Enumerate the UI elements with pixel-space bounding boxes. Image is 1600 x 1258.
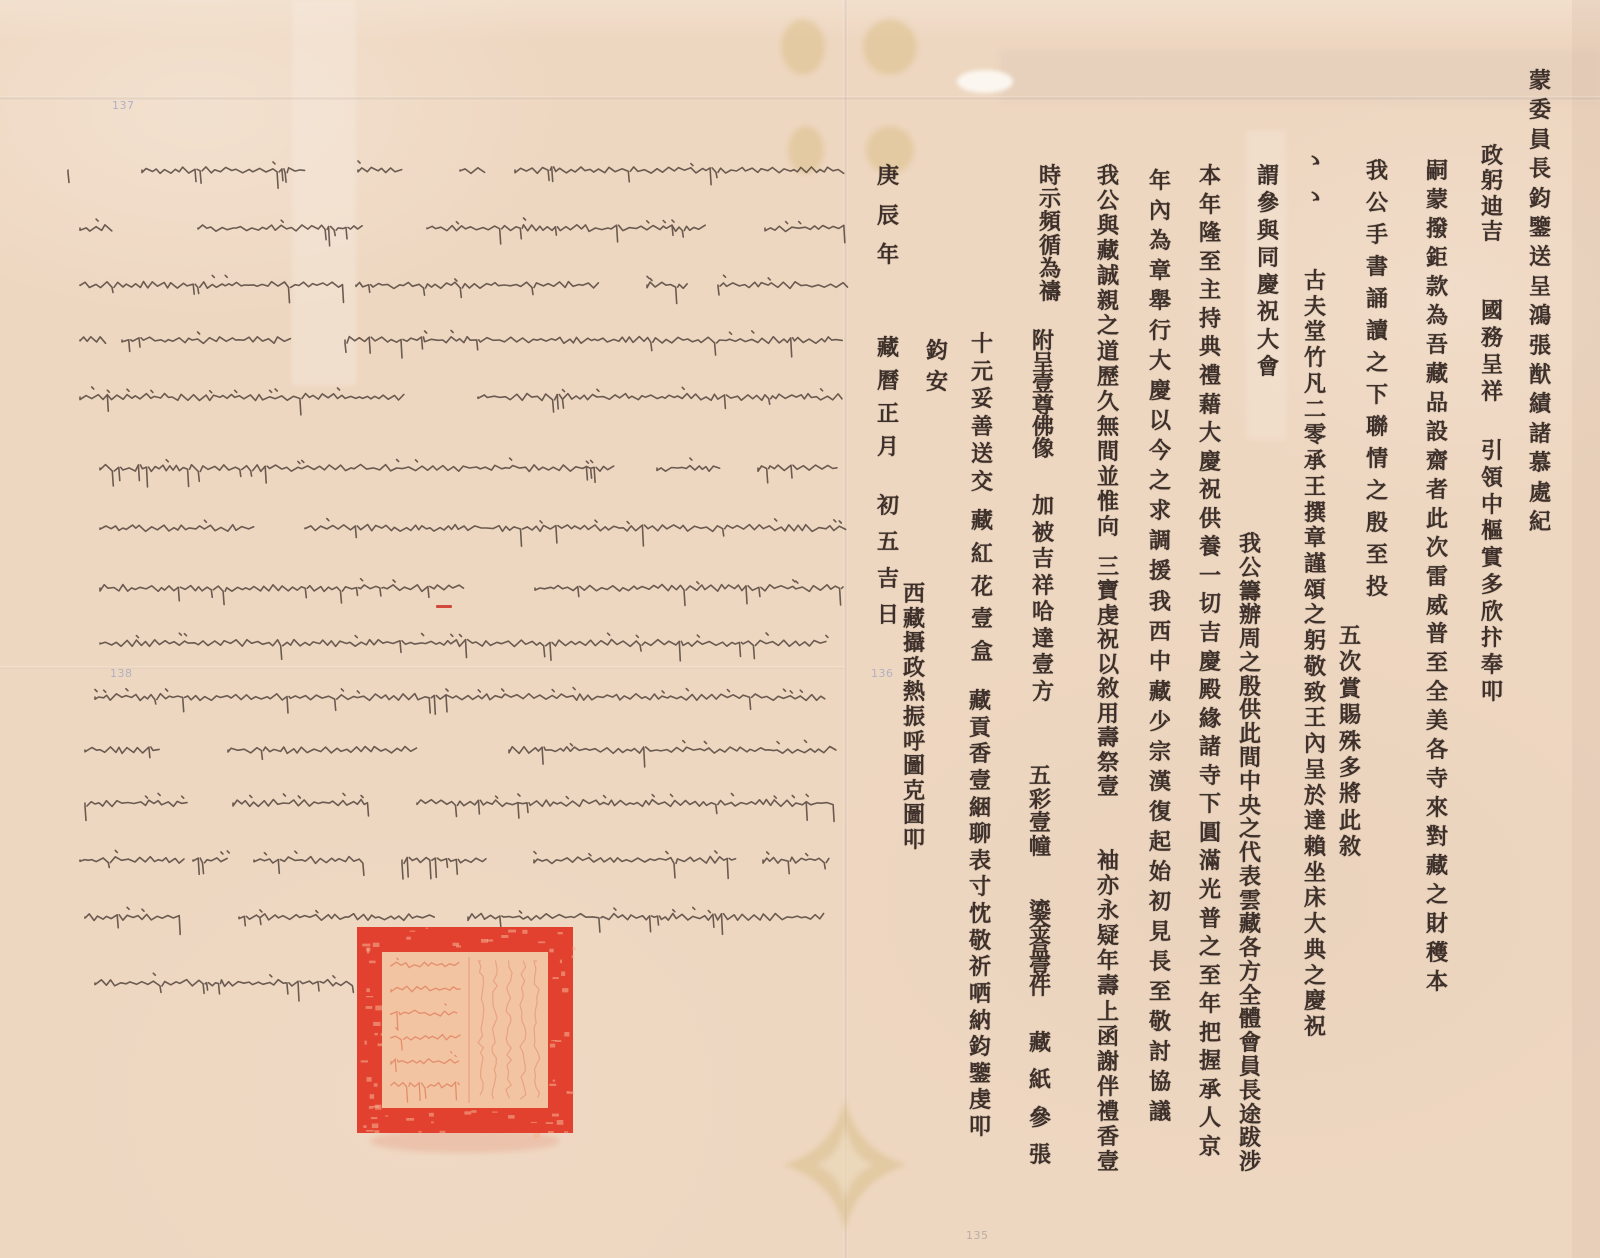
- chinese-character: 承: [1303, 450, 1327, 474]
- chinese-character: 之: [1238, 652, 1262, 676]
- chinese-character: 漢: [1148, 771, 1172, 795]
- chinese-character: 蒙: [1528, 70, 1552, 94]
- chinese-column-5: 古夫堂竹凡二零承王撰章謹頌之躬敬致王內呈於達賴坐床大典之慶祝: [1303, 270, 1327, 1040]
- tibetan-script-line: [80, 850, 829, 879]
- chinese-character: 途: [1238, 1104, 1262, 1128]
- chinese-character: 以: [1096, 654, 1120, 678]
- tibetan-script-run: [233, 793, 370, 816]
- chinese-character: 典: [1303, 939, 1327, 963]
- chinese-character: 藏: [1096, 240, 1120, 264]
- water-stain-bottom: [782, 1098, 908, 1232]
- chinese-character: 久: [1096, 391, 1120, 415]
- chinese-column-12: 藏貢香壹綑聊表寸忱敬祈哂納鈞鑒虔叩: [968, 690, 992, 1140]
- chinese-character: 哈: [1031, 601, 1055, 625]
- tibetan-script-run: [80, 387, 404, 415]
- chinese-character: 光: [1198, 879, 1222, 903]
- tibetan-script-run: [254, 851, 365, 875]
- chinese-character: 殿: [1198, 679, 1222, 703]
- chinese-character: 長: [1528, 158, 1552, 182]
- chinese-character: 亦: [1096, 875, 1120, 899]
- chinese-character: 滿: [1198, 850, 1222, 874]
- chinese-character: 彩: [1028, 789, 1052, 813]
- chinese-character: 賴: [1303, 836, 1327, 860]
- chinese-character: 引: [1480, 440, 1504, 464]
- chinese-character: 書: [1365, 256, 1389, 280]
- chinese-character: 慶: [1198, 651, 1222, 675]
- chinese-character: 振: [902, 706, 926, 730]
- chinese-character: 二: [1303, 399, 1327, 423]
- tibetan-script-run: [198, 220, 362, 246]
- chinese-character: 像: [1031, 438, 1055, 462]
- chinese-character: 虔: [1096, 605, 1120, 629]
- chinese-character: 少: [1148, 711, 1172, 735]
- chinese-character: 威: [1425, 595, 1449, 619]
- chinese-character: 撰: [1303, 502, 1327, 526]
- tibetan-script-run: [515, 164, 844, 185]
- chinese-character: 雲: [1238, 890, 1262, 914]
- chinese-character: 同: [1256, 247, 1280, 271]
- chinese-character: 下: [1198, 793, 1222, 817]
- chinese-column-10: 我公與藏誠親之道歷久無間並惟向: [1096, 165, 1120, 540]
- chinese-column-7: 我公籌辦周之殷供此間中央之代表雲藏各方全體會員長途跋涉: [1238, 533, 1262, 1175]
- tibetan-script-run: [478, 387, 842, 412]
- chinese-character: 之: [1238, 818, 1262, 842]
- chinese-character: 藏: [970, 510, 994, 534]
- chinese-character: 禮: [1198, 365, 1222, 389]
- chinese-character: 藏: [1238, 913, 1262, 937]
- tibetan-script-line: [80, 275, 848, 303]
- chinese-character: 聯: [1365, 416, 1389, 440]
- tibetan-script-run: [228, 747, 417, 760]
- chinese-character: 古: [1303, 270, 1327, 294]
- chinese-character: 祝: [1256, 301, 1280, 325]
- tibetan-script-line: [100, 633, 828, 661]
- chinese-character: 圖: [902, 755, 926, 779]
- chinese-character: 間: [1096, 441, 1120, 465]
- chinese-character: 向: [1096, 516, 1120, 540]
- chinese-character: 上: [1096, 1001, 1120, 1025]
- tibetan-script-line: [80, 218, 846, 246]
- chinese-character: 宗: [1148, 741, 1172, 765]
- chinese-character: 討: [1148, 1041, 1172, 1065]
- chinese-character: 之: [1148, 470, 1172, 494]
- chinese-character: 多: [1480, 574, 1504, 598]
- chinese-character: 之: [1365, 352, 1389, 376]
- tibetan-script-run: [657, 458, 720, 471]
- chinese-character: 疑: [1096, 925, 1120, 949]
- chinese-character: 元: [970, 361, 994, 385]
- chinese-character: 忱: [968, 903, 992, 927]
- chinese-character: 日: [876, 604, 900, 628]
- chinese-character: 五: [876, 531, 900, 555]
- tibetan-script-run: [122, 332, 290, 351]
- chinese-character: 送: [970, 443, 994, 467]
- tibetan-script-run: [358, 161, 402, 173]
- chinese-character: 投: [1365, 576, 1389, 600]
- chinese-character: 祝: [1303, 1016, 1327, 1040]
- chinese-column-11: 附呈壹尊佛像: [1031, 330, 1055, 462]
- chinese-character: 此: [1425, 508, 1449, 532]
- chinese-character: 藏: [1148, 681, 1172, 705]
- chinese-character: 於: [1303, 785, 1327, 809]
- chinese-character: 起: [1148, 831, 1172, 855]
- chinese-character: 壽: [1096, 727, 1120, 751]
- chinese-character: 體: [1238, 1008, 1262, 1032]
- chinese-character: 吉: [1480, 221, 1504, 245]
- chinese-character: 慶: [1148, 380, 1172, 404]
- chinese-character: 惟: [1096, 491, 1120, 515]
- chinese-character: 我: [1096, 165, 1120, 189]
- chinese-character: 至: [1148, 981, 1172, 1005]
- chinese-character: 撥: [1425, 218, 1449, 242]
- chinese-character: 本: [1198, 165, 1222, 189]
- chinese-character: 參: [1256, 192, 1280, 216]
- chinese-character: 藏: [1028, 1032, 1052, 1056]
- tibetan-script-run: [80, 850, 184, 867]
- chinese-character: 讀: [1365, 320, 1389, 344]
- tibetan-script-line: [80, 331, 842, 359]
- chinese-character: 敬: [1148, 1011, 1172, 1035]
- tibetan-script-line: [85, 740, 836, 767]
- tibetan-script-run: [193, 851, 229, 874]
- chinese-character: 握: [1198, 1050, 1222, 1074]
- tibetan-script-line: [68, 161, 844, 188]
- tibetan-script-run: [417, 794, 835, 822]
- chinese-character: 我: [1238, 533, 1262, 557]
- chinese-character: 辦: [1238, 604, 1262, 628]
- chinese-character: 幢: [1028, 836, 1052, 860]
- chinese-character: 鑒: [1528, 217, 1552, 241]
- chinese-character: 之: [1425, 884, 1449, 908]
- chinese-character: 誠: [1096, 265, 1120, 289]
- chinese-character: 月: [876, 436, 900, 460]
- tibetan-script-run: [718, 275, 848, 295]
- chinese-character: 鑒: [968, 1063, 992, 1087]
- chinese-character: 次: [1425, 537, 1449, 561]
- chinese-character: 藏: [876, 337, 900, 361]
- chinese-character: 熱: [902, 681, 926, 705]
- chinese-character: 周: [1238, 628, 1262, 652]
- tibetan-script-run: [95, 973, 354, 1001]
- chinese-character: 躬: [1480, 170, 1504, 194]
- chinese-character: 養: [1198, 536, 1222, 560]
- chinese-character: 為: [1148, 230, 1172, 254]
- chinese-character: 吾: [1425, 334, 1449, 358]
- chinese-character: 與: [1096, 215, 1120, 239]
- chinese-character: 敬: [968, 930, 992, 954]
- tibetan-script-run: [100, 579, 464, 605]
- tibetan-script-run: [509, 740, 836, 767]
- chinese-character: 之: [1365, 480, 1389, 504]
- tibetan-script-run: [427, 218, 705, 244]
- chinese-character: 哂: [968, 983, 992, 1007]
- chinese-character: 夫: [1303, 296, 1327, 320]
- chinese-character: 我: [1365, 160, 1389, 184]
- chinese-character: 香: [968, 743, 992, 767]
- chinese-character: 中: [1480, 494, 1504, 518]
- tibetan-letter: [68, 161, 848, 1001]
- chinese-character: 頌: [1303, 579, 1327, 603]
- chinese-character: 祝: [1096, 629, 1120, 653]
- chinese-character: 猷: [1528, 364, 1552, 388]
- chinese-character: 手: [1365, 224, 1389, 248]
- chinese-character: 寶: [1096, 580, 1120, 604]
- chinese-character: ゝ: [1303, 186, 1327, 210]
- chinese-character: 調: [1148, 530, 1172, 554]
- chinese-character: 頻: [1038, 211, 1062, 235]
- chinese-character: 並: [1096, 466, 1120, 490]
- chinese-character: 攝: [902, 632, 926, 656]
- chinese-character: 籌: [1238, 581, 1262, 605]
- chinese-character: 參: [1028, 1107, 1052, 1131]
- chinese-character: 伴: [1096, 1076, 1120, 1100]
- chinese-character: 緣: [1198, 708, 1222, 732]
- tibetan-script-line: [80, 387, 842, 415]
- chinese-character: 普: [1198, 908, 1222, 932]
- chinese-character: 辰: [876, 205, 900, 229]
- chinese-character: 庚: [876, 165, 900, 189]
- chinese-character: 人: [1198, 1107, 1222, 1131]
- chinese-character: 吉: [876, 568, 900, 592]
- chinese-character: 呼: [902, 731, 926, 755]
- chinese-character: 齋: [1425, 450, 1449, 474]
- chinese-character: 內: [1148, 200, 1172, 224]
- chinese-character: 紅: [970, 543, 994, 567]
- red-seal: [357, 927, 576, 1153]
- chinese-character: 援: [1148, 560, 1172, 584]
- chinese-character: 納: [968, 1010, 992, 1034]
- chinese-character: 克: [902, 780, 926, 804]
- chinese-character: 用: [1096, 703, 1120, 727]
- chinese-character: 花: [970, 576, 994, 600]
- chinese-character: 央: [1238, 795, 1262, 819]
- tibetan-script-run: [647, 276, 687, 303]
- chinese-character: 見: [1148, 921, 1172, 945]
- chinese-character: 京: [1198, 1136, 1222, 1160]
- chinese-character: 全: [1425, 681, 1449, 705]
- chinese-character: ゝ: [1303, 150, 1327, 174]
- chinese-character: 賜: [1338, 704, 1362, 728]
- chinese-character: 凡: [1303, 373, 1327, 397]
- chinese-character: 紙: [1028, 1069, 1052, 1093]
- chinese-character: 公: [1365, 192, 1389, 216]
- chinese-column-4: 五次賞賜殊多將此敘: [1338, 625, 1362, 860]
- chinese-character: 一: [1198, 565, 1222, 589]
- tibetan-script-line: [100, 579, 843, 606]
- chinese-character: 慶: [1256, 274, 1280, 298]
- chinese-column-6: 謂參與同慶祝大會: [1256, 165, 1280, 380]
- chinese-character: 親: [1096, 290, 1120, 314]
- chinese-character: 歷: [1096, 366, 1120, 390]
- chinese-character: 正: [876, 403, 900, 427]
- chinese-character: 呈: [1480, 354, 1504, 378]
- tibetan-script-run: [85, 747, 159, 758]
- chinese-character: 實: [1480, 547, 1504, 571]
- tibetan-script-line: [95, 688, 825, 715]
- chinese-character: 禱: [1038, 281, 1062, 305]
- tibetan-script-run: [305, 519, 846, 547]
- chinese-character: 善: [970, 416, 994, 440]
- chinese-character: 長: [1148, 951, 1172, 975]
- chinese-character: 祭: [1096, 752, 1120, 776]
- chinese-character: 把: [1198, 1022, 1222, 1046]
- chinese-character: 為: [1425, 305, 1449, 329]
- tibetan-script-run: [239, 910, 434, 926]
- tibetan-script-run: [80, 337, 106, 344]
- chinese-character: 長: [1238, 1080, 1262, 1104]
- chinese-character: 圓: [1198, 822, 1222, 846]
- tibetan-script-run: [763, 852, 829, 874]
- chinese-character: 表: [1238, 866, 1262, 890]
- chinese-character: 供: [1198, 508, 1222, 532]
- chinese-character: 欣: [1480, 601, 1504, 625]
- chinese-character: 安: [925, 371, 949, 395]
- chinese-character: 舉: [1148, 290, 1172, 314]
- chinese-character: 抃: [1480, 627, 1504, 651]
- chinese-character: 設: [1425, 421, 1449, 445]
- chinese-character: 三: [1096, 556, 1120, 580]
- tibetan-script-run: [758, 465, 837, 483]
- chinese-character: 跋: [1238, 1127, 1262, 1151]
- chinese-column-11: 鎏金盒壹件: [1028, 900, 1052, 1000]
- chinese-character: 今: [1148, 440, 1172, 464]
- chinese-character: 隆: [1198, 222, 1222, 246]
- chinese-character: 行: [1148, 320, 1172, 344]
- chinese-character: 件: [1028, 976, 1052, 1000]
- chinese-character: 品: [1425, 392, 1449, 416]
- chinese-character: 奉: [1480, 654, 1504, 678]
- chinese-character: 年: [1096, 950, 1120, 974]
- tibetan-script-run: [100, 633, 828, 661]
- chinese-character: 袖: [1096, 850, 1120, 874]
- chinese-character: 諸: [1528, 423, 1552, 447]
- chinese-character: 王: [1303, 476, 1327, 500]
- chinese-character: 祥: [1480, 381, 1504, 405]
- chinese-column-11: 時示頻循為禱: [1038, 165, 1062, 305]
- chinese-character: 叩: [1480, 681, 1504, 705]
- chinese-column-8: 本年隆至主持典禮藉大慶祝供養一切吉慶殿緣諸寺下圓滿光普之至年把握承人京: [1198, 165, 1222, 1160]
- tibetan-script-run: [402, 857, 486, 879]
- tibetan-script-run: [356, 279, 598, 297]
- chinese-character: 代: [1238, 842, 1262, 866]
- chinese-column-11: 加被吉祥哈達壹方: [1031, 495, 1055, 705]
- chinese-character: 鈞: [1528, 188, 1552, 212]
- tibetan-script-run: [85, 907, 181, 934]
- chinese-character: 章: [1148, 260, 1172, 284]
- chinese-character: 五: [1028, 765, 1052, 789]
- chinese-character: 美: [1425, 710, 1449, 734]
- chinese-character: 祝: [1198, 479, 1222, 503]
- chinese-character: 次: [1338, 651, 1362, 675]
- chinese-character: 藏: [902, 608, 926, 632]
- chinese-character: 堂: [1303, 321, 1327, 345]
- chinese-character: 切: [1198, 593, 1222, 617]
- chinese-character: 樞: [1480, 520, 1504, 544]
- chinese-character: 財: [1425, 913, 1449, 937]
- chinese-character: 妥: [970, 388, 994, 412]
- chinese-character: 我: [1148, 591, 1172, 615]
- chinese-character: 壹: [968, 770, 992, 794]
- chinese-character: 至: [1198, 251, 1222, 275]
- chinese-character: 章: [1303, 527, 1327, 551]
- chinese-character: 雷: [1425, 566, 1449, 590]
- chinese-character: 藏: [968, 690, 992, 714]
- chinese-character: 竹: [1303, 347, 1327, 371]
- chinese-character: 壽: [1096, 975, 1120, 999]
- chinese-character: 本: [1425, 971, 1449, 995]
- chinese-character: 達: [1303, 810, 1327, 834]
- tibetan-script-run: [534, 851, 736, 878]
- chinese-character: 張: [1528, 335, 1552, 359]
- chinese-character: 方: [1238, 961, 1262, 985]
- chinese-character: 諸: [1198, 736, 1222, 760]
- chinese-character: 領: [1480, 467, 1504, 491]
- chinese-character: 殷: [1365, 512, 1389, 536]
- chinese-column-0: 蒙委員長鈞鑒送呈鴻張猷績諸慕處紀: [1528, 70, 1552, 535]
- chinese-column-5: ゝゝ: [1303, 150, 1327, 210]
- chinese-character: 謝: [1096, 1051, 1120, 1075]
- chinese-character: 之: [1198, 936, 1222, 960]
- chinese-character: 與: [1256, 220, 1280, 244]
- chinese-character: 慕: [1528, 452, 1552, 476]
- tibetan-script-run: [68, 170, 70, 183]
- chinese-character: 中: [1238, 771, 1262, 795]
- chinese-character: 年: [876, 244, 900, 268]
- chinese-column-11: 藏紙參張: [1028, 1032, 1052, 1168]
- chinese-character: 主: [1198, 279, 1222, 303]
- chinese-character: 藏: [1425, 363, 1449, 387]
- chinese-character: 下: [1365, 384, 1389, 408]
- chinese-character: 壹: [1031, 654, 1055, 678]
- chinese-character: 紀: [1528, 511, 1552, 535]
- chinese-column-1: 引領中樞實多欣抃奉叩: [1480, 440, 1504, 705]
- chinese-character: 政: [902, 657, 926, 681]
- chinese-character: 函: [1096, 1026, 1120, 1050]
- chinese-character: 內: [1303, 733, 1327, 757]
- chinese-character: 交: [970, 471, 994, 495]
- tibetan-script-line: [95, 973, 354, 1001]
- chinese-character: 年: [1148, 170, 1172, 194]
- chinese-character: 吉: [1031, 548, 1055, 572]
- chinese-character: 至: [1425, 652, 1449, 676]
- chinese-column-10: 袖亦永疑年壽上函謝伴禮香壹: [1096, 850, 1120, 1175]
- closing-salutation: 鈞安: [925, 340, 949, 395]
- chinese-character: 迪: [1480, 196, 1504, 220]
- chinese-character: 者: [1425, 479, 1449, 503]
- chinese-character: 藏: [1425, 855, 1449, 879]
- chinese-character: 王: [1303, 707, 1327, 731]
- chinese-character: 敘: [1096, 678, 1120, 702]
- chinese-column-12: 藏紅花壹盒: [970, 510, 994, 665]
- chinese-character: 壹: [970, 608, 994, 632]
- chinese-character: 會: [1238, 1032, 1262, 1056]
- chinese-character: 情: [1365, 448, 1389, 472]
- tibetan-script-line: [100, 519, 846, 547]
- chinese-character: 鴻: [1528, 305, 1552, 329]
- chinese-character: 達: [1031, 628, 1055, 652]
- chinese-character: 績: [1528, 393, 1552, 417]
- chinese-character: 謂: [1256, 165, 1280, 189]
- chinese-character: 供: [1238, 699, 1262, 723]
- chinese-character: 時: [1038, 165, 1062, 189]
- chinese-character: 五: [1338, 625, 1362, 649]
- chinese-column-10: 三寶虔祝以敘用壽祭壹: [1096, 556, 1120, 800]
- chinese-character: 此: [1338, 810, 1362, 834]
- chinese-character: 寸: [968, 876, 992, 900]
- tibetan-script-line: [100, 458, 837, 487]
- chinese-character: 涉: [1238, 1151, 1262, 1175]
- chinese-character: 叩: [968, 1116, 992, 1140]
